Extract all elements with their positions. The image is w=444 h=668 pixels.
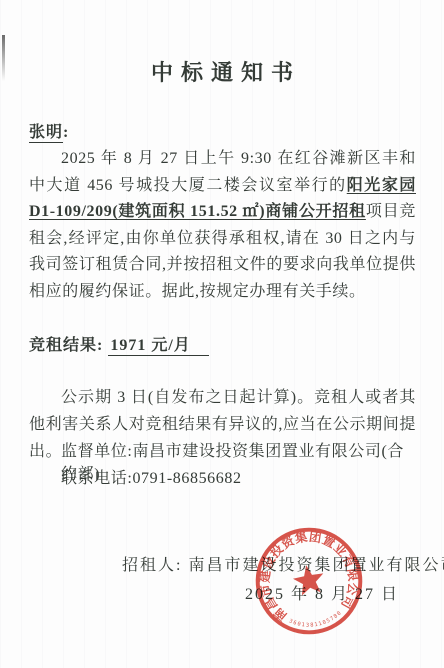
document-title: 中标通知书 bbox=[0, 56, 444, 87]
document-page: 中标通知书 张明: 2025 年 8 月 27 日上午 9:30 在红谷滩新区丰… bbox=[0, 0, 444, 668]
bid-result-line: 竞租结果: 1971 元/月 bbox=[29, 332, 209, 355]
company-seal: 南昌市建设投资集团置业有限公司 3601381105780 bbox=[252, 524, 366, 638]
phone-line: 联系电话:0791-86856682 bbox=[29, 465, 416, 488]
bid-result-value: 1971 元/月 bbox=[108, 337, 208, 356]
salutation: 张明: bbox=[29, 119, 69, 142]
seal-star-icon bbox=[291, 562, 326, 596]
recipient-name: 张明 bbox=[29, 124, 63, 143]
salutation-colon: : bbox=[63, 124, 69, 141]
body-paragraph-1: 2025 年 8 月 27 日上午 9:30 在红谷滩新区丰和中大道 456 号… bbox=[29, 146, 416, 305]
bid-result-label: 竞租结果: bbox=[29, 337, 103, 354]
